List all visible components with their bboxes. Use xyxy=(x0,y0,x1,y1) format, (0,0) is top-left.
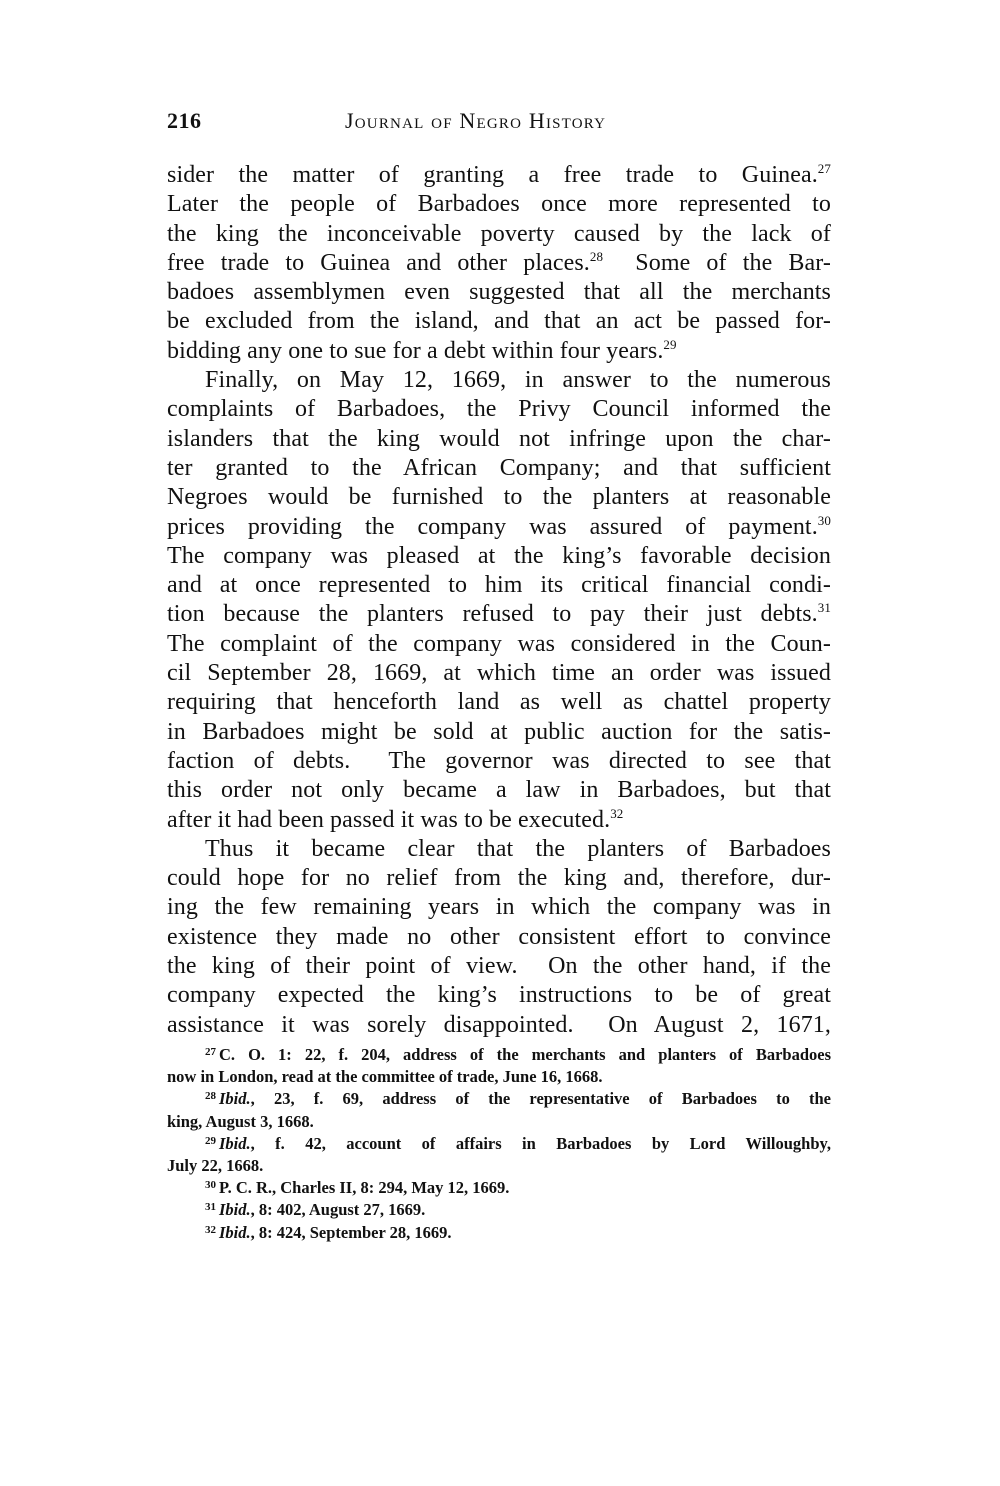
body-line: company expected the king’s instructions… xyxy=(167,981,831,1010)
body-line: the king the inconceivable poverty cause… xyxy=(167,220,831,249)
body-line: after it had been passed it was to be ex… xyxy=(167,806,831,835)
body-line: bidding any one to sue for a debt within… xyxy=(167,337,831,366)
body-line: the king of their point of view. On the … xyxy=(167,952,831,981)
body-line: The company was pleased at the king’s fa… xyxy=(167,542,831,571)
footnote-28: 28Ibid., 23, f. 69, address of the repre… xyxy=(167,1088,831,1110)
footnote-number: 27 xyxy=(205,1046,216,1058)
body-line: Negroes would be furnished to the plante… xyxy=(167,483,831,512)
footnote-number: 31 xyxy=(205,1201,216,1213)
body-line: tion because the planters refused to pay… xyxy=(167,600,831,629)
footnote-28-cont: king, August 3, 1668. xyxy=(167,1111,831,1133)
footnote-ref[interactable]: 31 xyxy=(818,600,831,615)
footnote-29-cont: July 22, 1668. xyxy=(167,1155,831,1177)
body-line: existence they made no other consistent … xyxy=(167,923,831,952)
body-line: islanders that the king would not infrin… xyxy=(167,425,831,454)
body-line: this order not only became a law in Barb… xyxy=(167,776,831,805)
body-line: badoes assemblymen even suggested that a… xyxy=(167,278,831,307)
footnote-27-cont: now in London, read at the committee of … xyxy=(167,1066,831,1088)
body-line: could hope for no relief from the king a… xyxy=(167,864,831,893)
footnote-29: 29Ibid., f. 42, account of affairs in Ba… xyxy=(167,1133,831,1155)
footnote-30: 30P. C. R., Charles II, 8: 294, May 12, … xyxy=(167,1177,831,1199)
body-line: Finally, on May 12, 1669, in answer to t… xyxy=(167,366,831,395)
journal-title: Journal of Negro History xyxy=(345,108,606,134)
footnote-number: 29 xyxy=(205,1135,216,1147)
body-line: ing the few remaining years in which the… xyxy=(167,893,831,922)
body-line: ter granted to the African Company; and … xyxy=(167,454,831,483)
footnote-number: 30 xyxy=(205,1179,216,1191)
footnote-ref[interactable]: 32 xyxy=(610,806,623,821)
running-head: 216 Journal of Negro History xyxy=(167,108,831,138)
footnotes: 27C. O. 1: 22, f. 204, address of the me… xyxy=(167,1044,831,1244)
footnote-27: 27C. O. 1: 22, f. 204, address of the me… xyxy=(167,1044,831,1066)
body-line: Later the people of Barbadoes once more … xyxy=(167,190,831,219)
body-line: cil September 28, 1669, at which time an… xyxy=(167,659,831,688)
body-line: faction of debts. The governor was direc… xyxy=(167,747,831,776)
body-line: assistance it was sorely disappointed. O… xyxy=(167,1011,831,1040)
footnote-ref[interactable]: 28 xyxy=(590,249,603,264)
footnote-number: 32 xyxy=(205,1224,216,1236)
footnote-ref[interactable]: 29 xyxy=(663,337,676,352)
body-line: prices providing the company was assured… xyxy=(167,513,831,542)
body-line: be excluded from the island, and that an… xyxy=(167,307,831,336)
body-line: sider the matter of granting a free trad… xyxy=(167,161,831,190)
body-line: The complaint of the company was conside… xyxy=(167,630,831,659)
footnote-ref[interactable]: 27 xyxy=(818,161,831,176)
body-line: free trade to Guinea and other places.28… xyxy=(167,249,831,278)
body-line: in Barbadoes might be sold at public auc… xyxy=(167,718,831,747)
body-line: requiring that henceforth land as well a… xyxy=(167,688,831,717)
footnote-31: 31Ibid., 8: 402, August 27, 1669. xyxy=(167,1199,831,1221)
footnote-number: 28 xyxy=(205,1090,216,1102)
page-number: 216 xyxy=(167,108,202,134)
body-line: complaints of Barbadoes, the Privy Counc… xyxy=(167,395,831,424)
footnote-32: 32Ibid., 8: 424, September 28, 1669. xyxy=(167,1222,831,1244)
body-line: and at once represented to him its criti… xyxy=(167,571,831,600)
body-line: Thus it became clear that the planters o… xyxy=(167,835,831,864)
footnote-ref[interactable]: 30 xyxy=(818,513,831,528)
body-text: sider the matter of granting a free trad… xyxy=(167,161,831,1040)
